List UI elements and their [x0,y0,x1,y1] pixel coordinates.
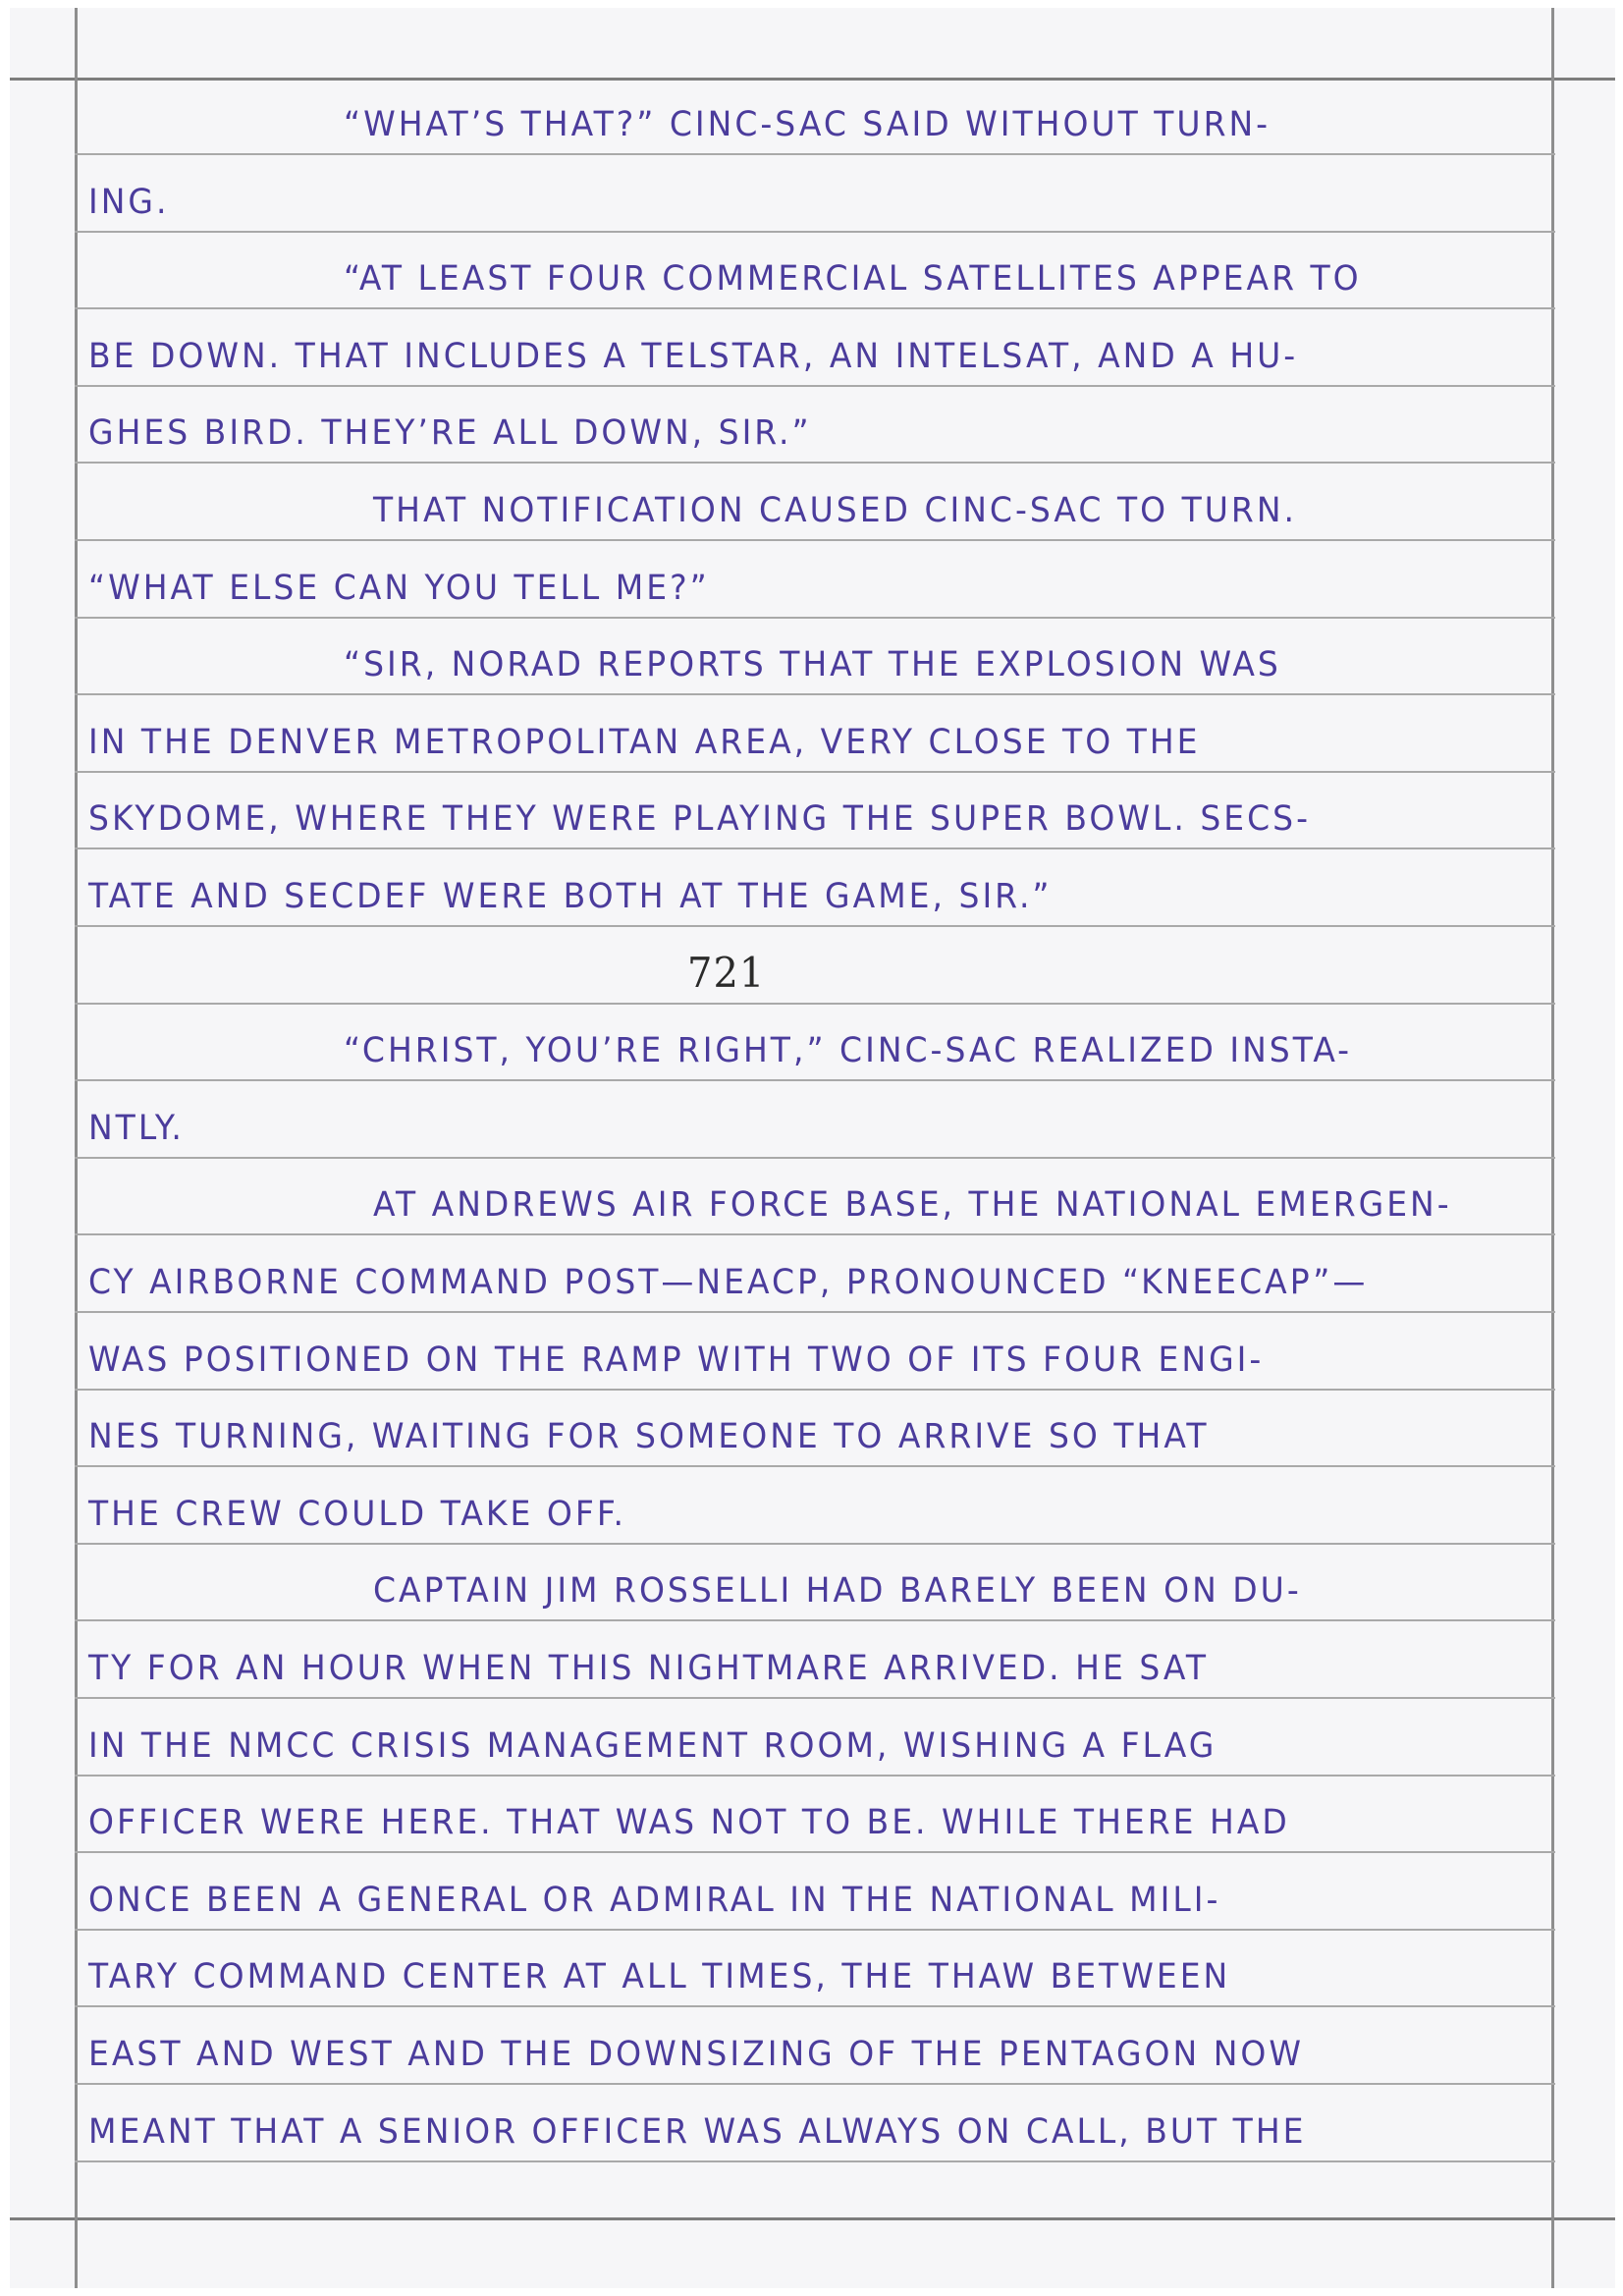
text-line: IN THE DENVER METROPOLITAN AREA, VERY CL… [88,711,1551,773]
page-number: 721 [687,943,1623,1005]
text-line: “SIR, NORAD REPORTS THAT THE EXPLOSION W… [344,633,1623,695]
text-line: CAPTAIN JIM ROSSELLI HAD BARELY BEEN ON … [373,1559,1623,1621]
text-line: “AT LEAST FOUR COMMERCIAL SATELLITES APP… [344,247,1623,309]
text-line: TY FOR AN HOUR WHEN THIS NIGHTMARE ARRIV… [88,1637,1551,1699]
text-line: NES TURNING, WAITING FOR SOMEONE TO ARRI… [88,1405,1551,1467]
text-line: CY AIRBORNE COMMAND POST—NEACP, PRONOUNC… [88,1251,1551,1313]
text-line: TATE AND SECDEF WERE BOTH AT THE GAME, S… [88,865,1551,927]
text-line: “WHAT’S THAT?” CINC-SAC SAID WITHOUT TUR… [344,93,1623,155]
text-line: AT ANDREWS AIR FORCE BASE, THE NATIONAL … [373,1174,1623,1235]
text-line: GHES BIRD. THEY’RE ALL DOWN, SIR.” [88,402,1551,464]
text-line: THE CREW COULD TAKE OFF. [88,1483,1551,1545]
text-line: TARY COMMAND CENTER AT ALL TIMES, THE TH… [88,1945,1551,2007]
top-margin-line [10,78,1615,81]
text-line: BE DOWN. THAT INCLUDES A TELSTAR, AN INT… [88,325,1551,387]
bottom-margin-line [10,2217,1615,2220]
text-line: IN THE NMCC CRISIS MANAGEMENT ROOM, WISH… [88,1715,1551,1777]
text-line: NTLY. [88,1097,1551,1159]
left-margin-line [75,8,78,2288]
text-line: ONCE BEEN A GENERAL OR ADMIRAL IN THE NA… [88,1869,1551,1931]
text-line: OFFICER WERE HERE. THAT WAS NOT TO BE. W… [88,1791,1551,1853]
notebook-page: “WHAT’S THAT?” CINC-SAC SAID WITHOUT TUR… [10,8,1615,2288]
text-line: THAT NOTIFICATION CAUSED CINC-SAC TO TUR… [373,479,1623,541]
text-line: SKYDOME, WHERE THEY WERE PLAYING THE SUP… [88,788,1551,849]
text-line: ING. [88,171,1551,233]
text-line: WAS POSITIONED ON THE RAMP WITH TWO OF I… [88,1329,1551,1391]
text-line: “WHAT ELSE CAN YOU TELL ME?” [88,557,1551,619]
text-line: MEANT THAT A SENIOR OFFICER WAS ALWAYS O… [88,2101,1551,2162]
right-margin-line [1551,8,1554,2288]
text-line: EAST AND WEST AND THE DOWNSIZING OF THE … [88,2023,1551,2085]
text-line: “CHRIST, YOU’RE RIGHT,” CINC-SAC REALIZE… [344,1019,1623,1081]
